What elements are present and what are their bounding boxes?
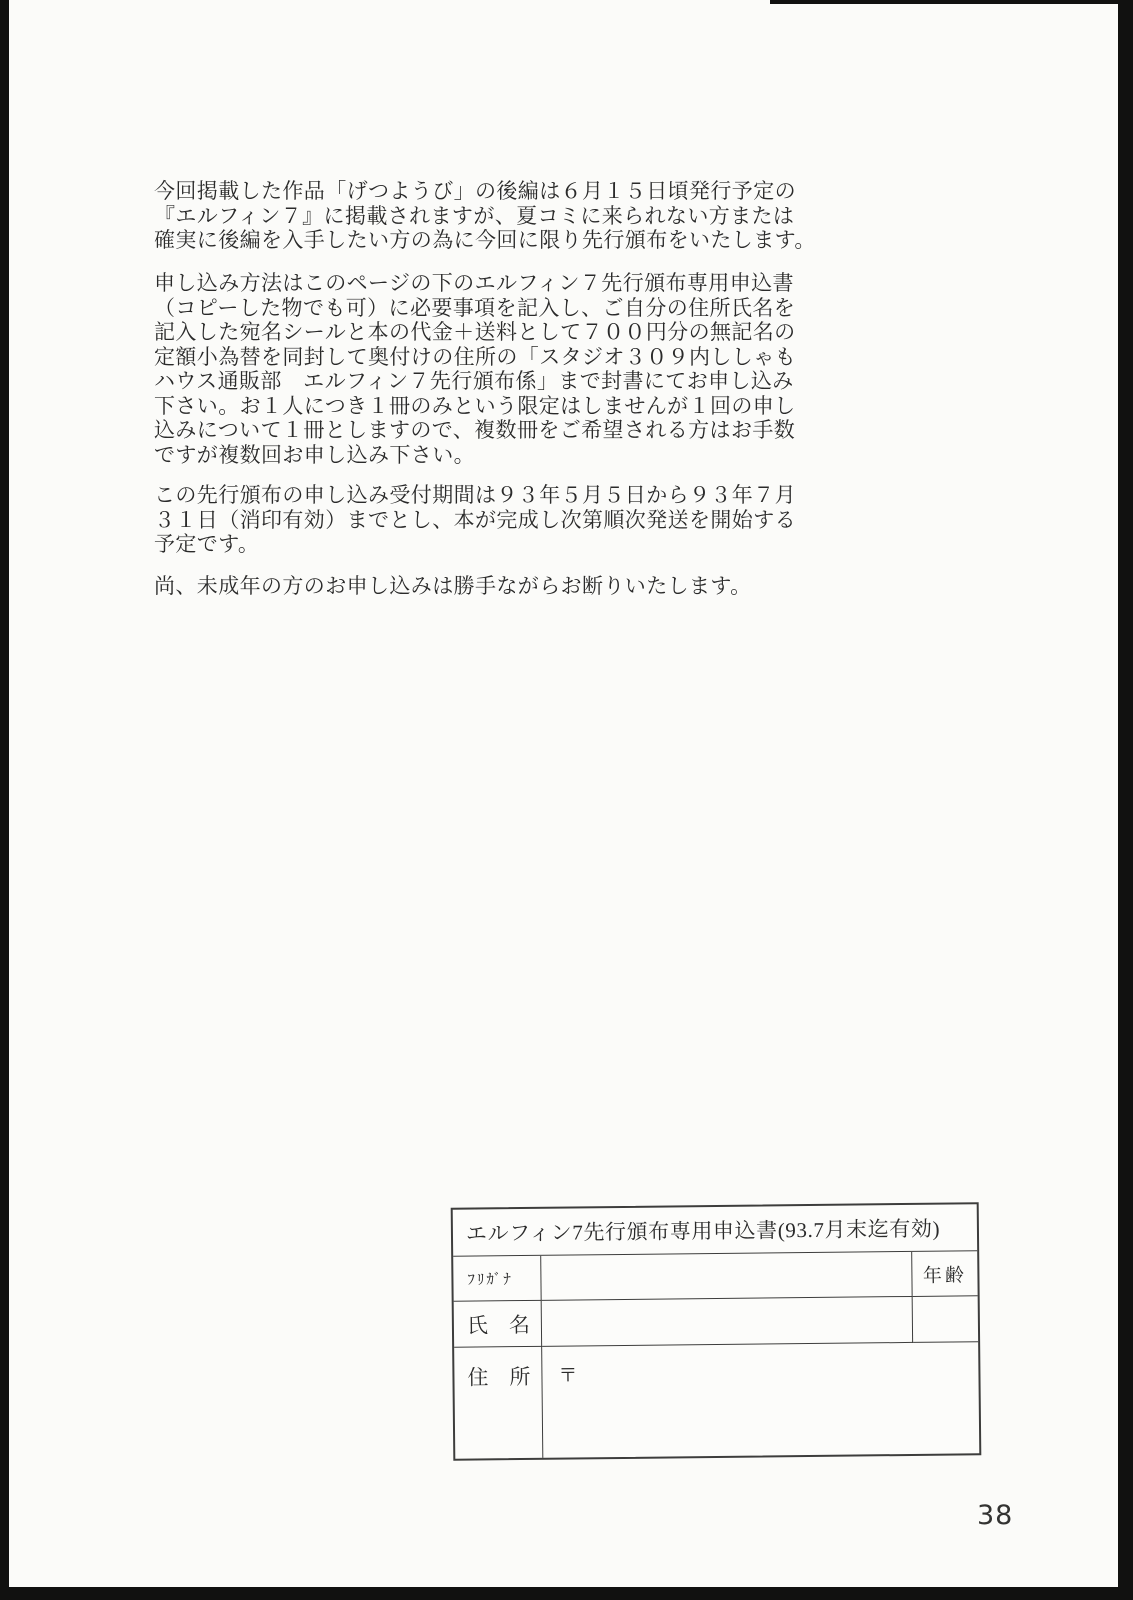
age-label: 年齢	[912, 1251, 977, 1297]
address-label: 住 所	[454, 1347, 543, 1459]
text-line: 『エルフィン７』に掲載されますが、夏コミに来られない方または	[154, 204, 816, 229]
scan-border-top	[770, 0, 1133, 4]
text-line: 今回掲載した作品「げつようび」の後編は６月１５日頃発行予定の	[154, 179, 816, 204]
paragraph-release-info: 今回掲載した作品「げつようび」の後編は６月１５日頃発行予定の 『エルフィン７』に…	[154, 179, 816, 253]
text-line: 込みについて１冊としますので、複数冊をご希望される方はお手数	[154, 418, 796, 443]
furigana-field	[541, 1252, 912, 1301]
text-line: この先行頒布の申し込み受付期間は９３年５月５日から９３年７月	[154, 483, 796, 508]
text-line: 確実に後編を入手したい方の為に今回に限り先行頒布をいたします。	[154, 228, 816, 253]
paragraph-application-period: この先行頒布の申し込み受付期間は９３年５月５日から９３年７月 ３１日（消印有効）…	[154, 483, 796, 557]
order-form: エルフィン7先行頒布専用申込書(93.7月末迄有効) ﾌﾘｶﾞﾅ 年齢 氏 名 …	[451, 1202, 982, 1461]
text-line: 申し込み方法はこのページの下のエルフィン７先行頒布専用申込書	[154, 271, 796, 296]
text-line: 定額小為替を同封して奥付けの住所の「スタジオ３０９内ししゃも	[154, 345, 796, 370]
text-line: ハウス通販部 エルフィン７先行頒布係」まで封書にてお申し込み	[154, 369, 796, 394]
text-line: ですが複数回お申し込み下さい。	[154, 443, 796, 468]
scan-border-left	[0, 0, 9, 1600]
age-field	[913, 1296, 978, 1343]
page-number: 38	[977, 1500, 1013, 1531]
postal-mark: 〒	[558, 1365, 577, 1386]
text-line: （コピーした物でも可）に必要事項を記入し、ご自分の住所氏名を	[154, 296, 796, 321]
text-line: 尚、未成年の方のお申し込みは勝手ながらお断りいたします。	[154, 574, 752, 599]
paragraph-minors-notice: 尚、未成年の方のお申し込みは勝手ながらお断りいたします。	[154, 574, 752, 599]
scan-border-bottom	[0, 1587, 1133, 1600]
name-field	[542, 1297, 913, 1347]
text-line: 予定です。	[154, 532, 796, 557]
paragraph-how-to-order: 申し込み方法はこのページの下のエルフィン７先行頒布専用申込書 （コピーした物でも…	[154, 271, 796, 467]
form-title: エルフィン7先行頒布専用申込書(93.7月末迄有効)	[453, 1204, 977, 1256]
furigana-label: ﾌﾘｶﾞﾅ	[453, 1256, 541, 1302]
text-line: 下さい。お１人につき１冊のみという限定はしませんが１回の申し	[154, 394, 796, 419]
name-label: 氏 名	[454, 1301, 542, 1348]
text-line: 記入した宛名シールと本の代金＋送料として７００円分の無記名の	[154, 320, 796, 345]
text-line: ３１日（消印有効）までとし、本が完成し次第順次発送を開始する	[154, 508, 796, 533]
scanned-page: 今回掲載した作品「げつようび」の後編は６月１５日頃発行予定の 『エルフィン７』に…	[0, 0, 1133, 1600]
scan-border-right	[1118, 0, 1133, 1600]
address-field: 〒	[542, 1342, 979, 1458]
